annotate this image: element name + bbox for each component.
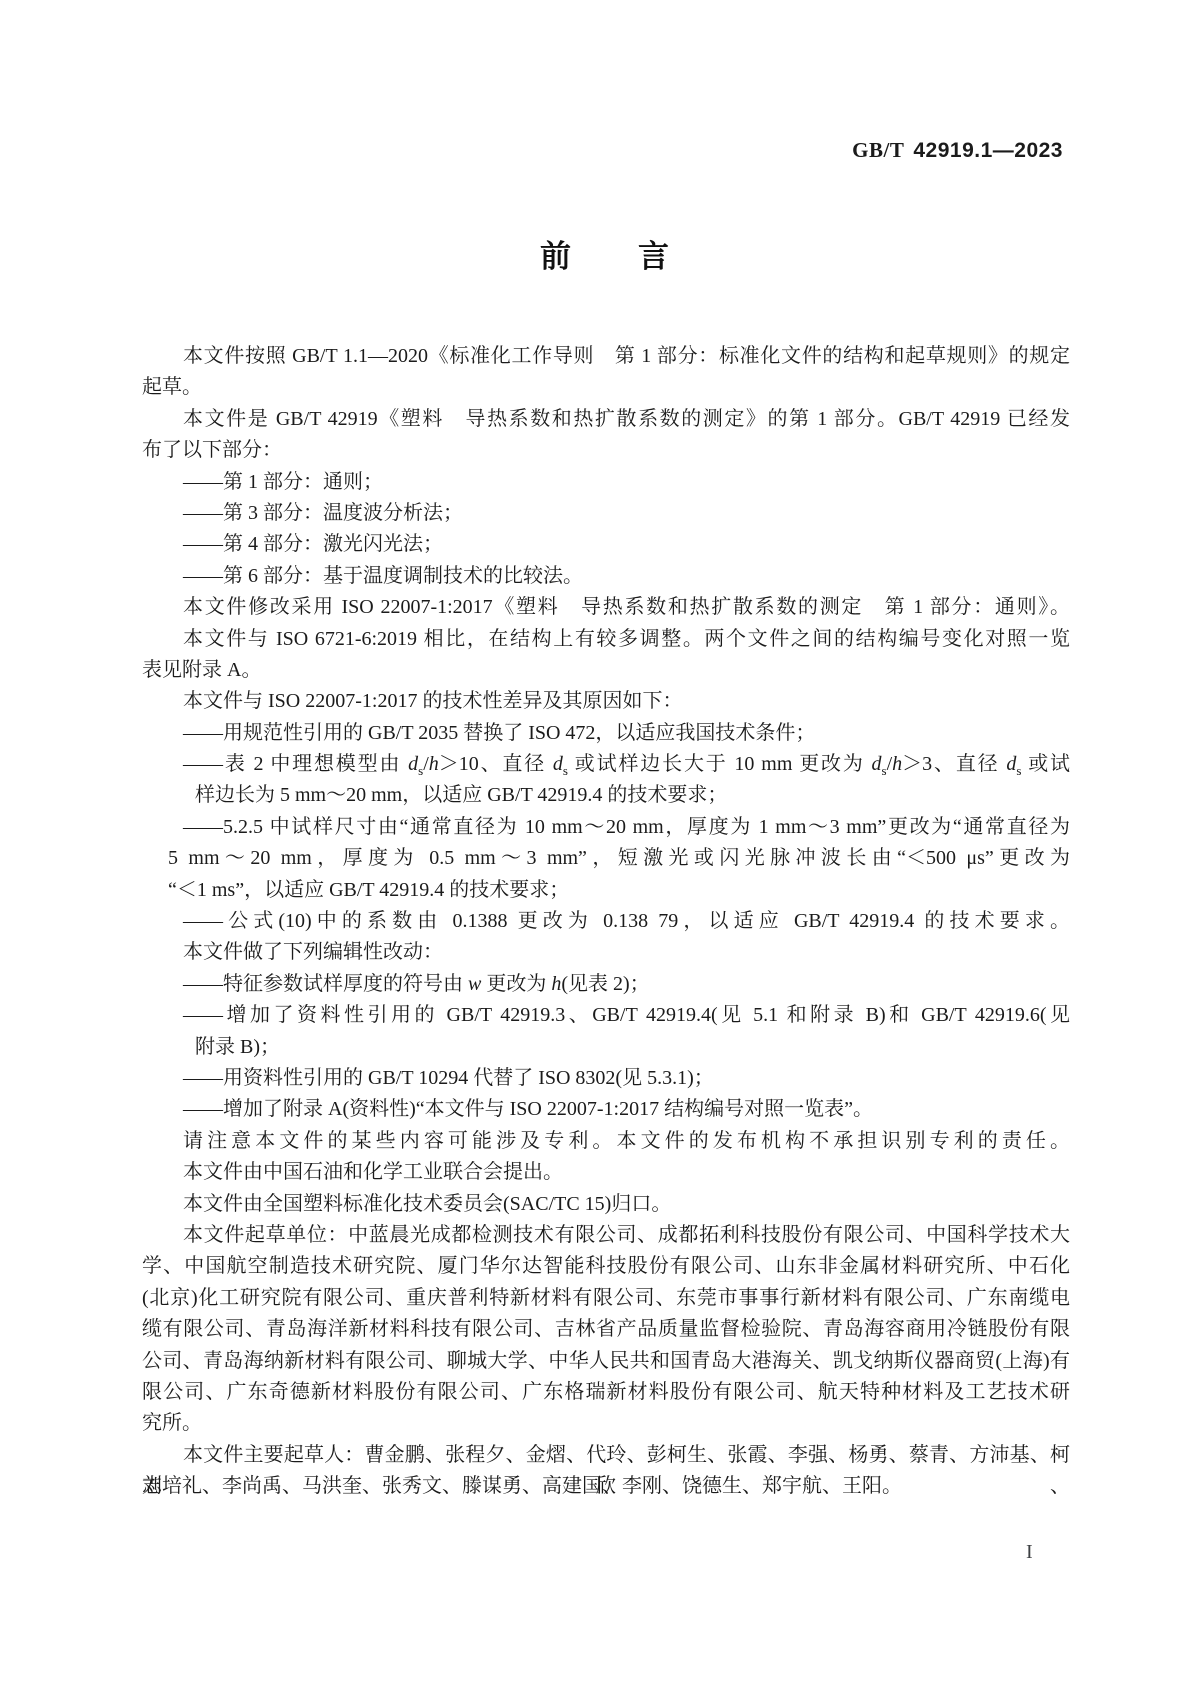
foreword-line: 本文件起草单位：中蓝晨光成都检测技术有限公司、成都拓利科技股份有限公司、中国科学… bbox=[142, 1220, 1070, 1251]
foreword-title: 前言 bbox=[540, 240, 736, 274]
foreword-line: 表见附录 A。 bbox=[142, 655, 1070, 686]
page-number: I bbox=[1026, 1541, 1033, 1564]
foreword-line: 本文件由全国塑料标准化技术委员会(SAC/TC 15)归口。 bbox=[142, 1189, 1070, 1220]
standard-number-value: 42919.1—2023 bbox=[913, 139, 1063, 162]
foreword-line: (北京)化工研究院有限公司、重庆普利特新材料有限公司、东莞市事事行新材料有限公司… bbox=[142, 1283, 1070, 1314]
foreword-line: 本文件与 ISO 6721-6:2019 相比，在结构上有较多调整。两个文件之间… bbox=[142, 624, 1070, 655]
foreword-line: 5 mm～20 mm，厚度为 0.5 mm～3 mm”，短激光或闪光脉冲波长由“… bbox=[142, 843, 1070, 874]
foreword-line: 附录 B)； bbox=[142, 1032, 1070, 1063]
foreword-line: 本文件由中国石油和化学工业联合会提出。 bbox=[142, 1157, 1070, 1188]
foreword-line: ——增加了资料性引用的 GB/T 42919.3、GB/T 42919.4(见 … bbox=[142, 1000, 1070, 1031]
foreword-body: 本文件按照 GB/T 1.1—2020《标准化工作导则 第 1 部分：标准化文件… bbox=[142, 341, 1070, 1502]
foreword-line: ——第 1 部分：通则； bbox=[142, 467, 1070, 498]
foreword-line: 本文件与 ISO 22007-1:2017 的技术性差异及其原因如下： bbox=[142, 686, 1070, 717]
foreword-line: 本文件主要起草人：曹金鹏、张程夕、金熠、代玲、彭柯生、张霞、李强、杨勇、蔡青、方… bbox=[142, 1440, 1070, 1471]
foreword-line: ——用资料性引用的 GB/T 10294 代替了 ISO 8302(见 5.3.… bbox=[142, 1063, 1070, 1094]
foreword-line: 本文件修改采用 ISO 22007-1:2017《塑料 导热系数和热扩散系数的测… bbox=[142, 592, 1070, 623]
foreword-line: 缆有限公司、青岛海洋新材料科技有限公司、吉林省产品质量监督检验院、青岛海容商用冷… bbox=[142, 1314, 1070, 1345]
standard-number: GB/T42919.1—2023 bbox=[852, 138, 1063, 163]
foreword-line: 本文件按照 GB/T 1.1—2020《标准化工作导则 第 1 部分：标准化文件… bbox=[142, 341, 1070, 372]
foreword-line: 本文件是 GB/T 42919《塑料 导热系数和热扩散系数的测定》的第 1 部分… bbox=[142, 404, 1070, 435]
foreword-line: ——特征参数试样厚度的符号由 w 更改为 h(见表 2)； bbox=[142, 969, 1070, 1000]
foreword-line: ——表 2 中理想模型由 ds/h＞10、直径 ds 或试样边长大于 10 mm… bbox=[142, 749, 1070, 780]
foreword-line: 究所。 bbox=[142, 1408, 1070, 1439]
document-page: GB/T42919.1—2023 前言 本文件按照 GB/T 1.1—2020《… bbox=[0, 0, 1191, 1685]
foreword-line: 学、中国航空制造技术研究院、厦门华尔达智能科技股份有限公司、山东非金属材料研究所… bbox=[142, 1251, 1070, 1282]
foreword-line: 样边长为 5 mm～20 mm，以适应 GB/T 42919.4 的技术要求； bbox=[142, 780, 1070, 811]
foreword-line: ——5.2.5 中试样尺寸由“通常直径为 10 mm～20 mm，厚度为 1 m… bbox=[142, 812, 1070, 843]
foreword-line: ——第 6 部分：基于温度调制技术的比较法。 bbox=[142, 561, 1070, 592]
foreword-line: 布了以下部分： bbox=[142, 435, 1070, 466]
foreword-line: ——第 4 部分：激光闪光法； bbox=[142, 529, 1070, 560]
foreword-line: ——第 3 部分：温度波分析法； bbox=[142, 498, 1070, 529]
foreword-line: 限公司、广东奇德新材料股份有限公司、广东格瑞新材料股份有限公司、航天特种材料及工… bbox=[142, 1377, 1070, 1408]
foreword-line: ——公式(10)中的系数由 0.1388 更改为 0.138 79，以适应 GB… bbox=[142, 906, 1070, 937]
foreword-line: 本文件做了下列编辑性改动： bbox=[142, 937, 1070, 968]
foreword-line: “＜1 ms”，以适应 GB/T 42919.4 的技术要求； bbox=[142, 875, 1070, 906]
foreword-line: ——增加了附录 A(资料性)“本文件与 ISO 22007-1:2017 结构编… bbox=[142, 1094, 1070, 1125]
foreword-line: 请注意本文件的某些内容可能涉及专利。本文件的发布机构不承担识别专利的责任。 bbox=[142, 1126, 1070, 1157]
foreword-line: 起草。 bbox=[142, 372, 1070, 403]
standard-number-prefix: GB/T bbox=[852, 138, 904, 162]
foreword-line: 公司、青岛海纳新材料有限公司、聊城大学、中华人民共和国青岛大港海关、凯戈纳斯仪器… bbox=[142, 1346, 1070, 1377]
foreword-line: ——用规范性引用的 GB/T 2035 替换了 ISO 472，以适应我国技术条… bbox=[142, 718, 1070, 749]
